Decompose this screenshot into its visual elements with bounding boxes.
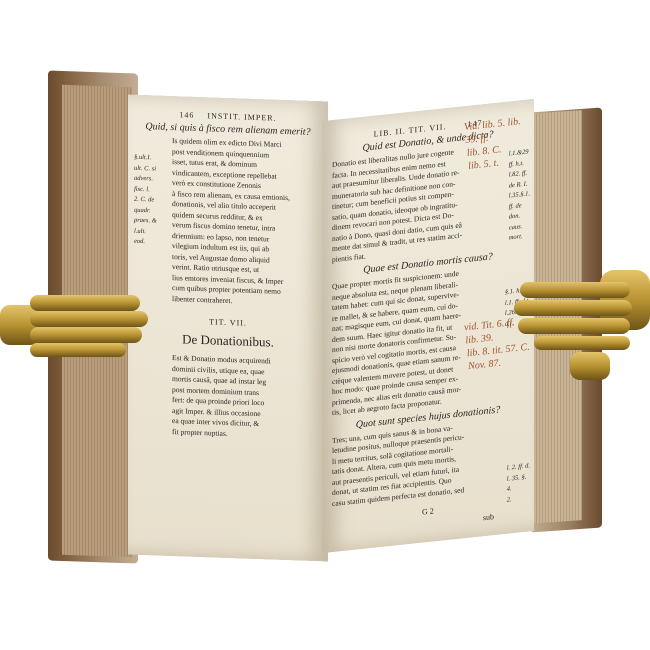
brass-hand-left (0, 285, 150, 365)
photo-scene: 146 INSTIT. IMPER. Quid, si quis à fisco… (0, 0, 650, 650)
left-body-text-2: Est & Donatio modus acquirendidominii ci… (128, 352, 328, 443)
catchword: sub (483, 512, 494, 522)
right-margin-notes-3: l. 2. ff. d.l. 35. §.4.2. (507, 461, 530, 505)
left-body-text: Is quidem olim ex edicto Divi Marcipost … (128, 135, 328, 310)
handwritten-note-top: Vid. lib. 5. lib.39. ff.lib. 8. C.lib. 5… (463, 115, 525, 173)
brass-hand-right (510, 260, 650, 380)
section-heading: De Donationibus. (128, 330, 328, 353)
left-page-number: 146 (179, 110, 194, 120)
title-heading: TIT. VII. (128, 315, 328, 331)
left-page: 146 INSTIT. IMPER. Quid, si quis à fisco… (128, 95, 328, 562)
signature-mark: G 2 (422, 506, 434, 516)
left-margin-notes: §.ult.I.ult. C. siadvers.fisc. l.2. C. d… (134, 153, 157, 248)
